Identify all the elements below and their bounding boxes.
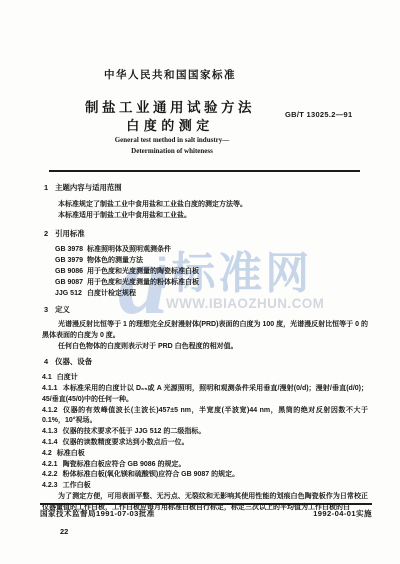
section-2-number: 2 (44, 229, 48, 238)
clause-text: 仪器的读数精度要求达到小数点后一位。 (63, 439, 189, 446)
reference-code: GB 9086 (55, 266, 87, 277)
clause-4-2-3: 4.2.3工作白板 (42, 481, 368, 492)
standard-code: GB/T 13025.2—91 (285, 110, 352, 119)
section-1-paragraph-1: 本标准规定了制盐工业中食用盐和工业盐白度的测定方法等。 (42, 200, 368, 211)
reference-code: GB 3978 (55, 244, 87, 255)
section-3-heading: 3定义 (44, 305, 368, 316)
clause-number: 4.1.1 (42, 385, 58, 392)
clause-number: 4.2.1 (42, 461, 58, 468)
reference-title: 标准照明体及照明观测条件 (87, 246, 171, 253)
page-number: 22 (60, 527, 68, 536)
clause-4-1-4: 4.1.4仪器的读数精度要求达到小数点后一位。 (42, 438, 368, 449)
section-2-title: 引用标准 (55, 229, 85, 238)
clause-number: 4.2.3 (42, 482, 58, 489)
section-1-number: 1 (44, 183, 48, 192)
clause-number: 4.2.2 (42, 471, 58, 478)
section-4-heading: 4仪器、设备 (44, 357, 368, 368)
clause-4-1-3: 4.1.3仪器的技术要求不低于 JJG 512 的二级指标。 (42, 427, 368, 438)
document-body: 1主题内容与适用范围 本标准规定了制盐工业中食用盐和工业盐白度的测定方法等。 本… (42, 183, 368, 514)
clause-4-1: 4.1白度计 (42, 373, 368, 384)
approval-authority-date: 国家技术监督局1991-07-03批准 (40, 508, 155, 519)
reference-title: 用于色度和光度测量的陶瓷标准白板 (87, 268, 199, 275)
clause-text: 工作白板 (63, 482, 91, 489)
section-3-number: 3 (44, 305, 48, 314)
clause-text: 标准白板 (57, 450, 85, 457)
clause-number: 4.2 (42, 450, 52, 457)
section-2-heading: 2引用标准 (44, 229, 368, 240)
english-title-line1: General test method in salt industry— (0, 136, 344, 144)
reference-title: 物体色的测量方法 (87, 257, 143, 264)
implementation-date: 1992-04-01实施 (313, 508, 372, 519)
document-page: a i标准网 WWW.IBIAOZHUN.COM 中华人民共和国国家标准 制盐工… (0, 0, 400, 564)
clause-text: 白度计 (57, 374, 78, 381)
footer-divider (40, 503, 372, 505)
reference-item: JJG 512白度计检定规程 (42, 288, 368, 299)
section-1-title: 主题内容与适用范围 (55, 183, 122, 192)
english-title-line2: Determination of whiteness (0, 147, 344, 155)
reference-item: GB 9086用于色度和光度测量的陶瓷标准白板 (42, 266, 368, 277)
reference-item: GB 3978标准照明体及照明观测条件 (42, 244, 368, 255)
header-divider (49, 170, 360, 172)
section-1-heading: 1主题内容与适用范围 (44, 183, 368, 194)
reference-item: GB 9087用于色度和光度测量的粉体标准白板 (42, 277, 368, 288)
reference-code: GB 3979 (55, 255, 87, 266)
reference-code: JJG 512 (55, 288, 87, 299)
reference-code: GB 9087 (55, 277, 87, 288)
section-3-paragraph-1: 光谱漫反射比恒等于 1 的理想完全反射漫射体(PRD)表面的白度为 100 度，… (42, 320, 368, 342)
clause-number: 4.1 (42, 374, 52, 381)
section-1-paragraph-2: 本标准适用于制盐工业中食用盐和工业盐。 (42, 211, 368, 222)
clause-4-2: 4.2标准白板 (42, 449, 368, 460)
section-3-paragraph-2: 任何白色物体的白度则表示对于 PRD 白色程度的相对值。 (42, 342, 368, 353)
clause-text: 仪器的技术要求不低于 JJG 512 的二级指标。 (63, 428, 206, 435)
clause-text: 本标准采用的白度计以 D₆₅或 A 光源照明，照明和观测条件采用垂直/漫射(0/… (42, 385, 368, 403)
clause-number: 4.1.4 (42, 439, 58, 446)
clause-text: 粉体标准白板(氧化镁和硫酸钡)应符合 GB 9087 的规定。 (63, 471, 240, 478)
section-3-title: 定义 (55, 305, 70, 314)
national-standard-label: 中华人民共和国国家标准 (0, 67, 340, 82)
section-4-title: 仪器、设备 (55, 357, 92, 366)
section-4-number: 4 (44, 357, 48, 366)
clause-number: 4.1.2 (42, 407, 58, 414)
reference-item: GB 3979物体色的测量方法 (42, 255, 368, 266)
clause-text: 陶瓷标准白板应符合 GB 9086 的规定。 (63, 461, 186, 468)
clause-4-1-2: 4.1.2仪器的有效峰值波长(主波长)457±5 nm，半宽度(半波宽)44 n… (42, 406, 368, 428)
clause-number: 4.1.3 (42, 428, 58, 435)
clause-4-2-1: 4.2.1陶瓷标准白板应符合 GB 9086 的规定。 (42, 460, 368, 471)
reference-title: 白度计检定规程 (87, 290, 136, 297)
clause-4-2-2: 4.2.2粉体标准白板(氧化镁和硫酸钡)应符合 GB 9087 的规定。 (42, 470, 368, 481)
clause-4-1-1: 4.1.1本标准采用的白度计以 D₆₅或 A 光源照明，照明和观测条件采用垂直/… (42, 384, 368, 406)
clause-text: 仪器的有效峰值波长(主波长)457±5 nm，半宽度(半波宽)44 nm，黑筒的… (42, 407, 368, 425)
reference-title: 用于色度和光度测量的粉体标准白板 (87, 279, 199, 286)
